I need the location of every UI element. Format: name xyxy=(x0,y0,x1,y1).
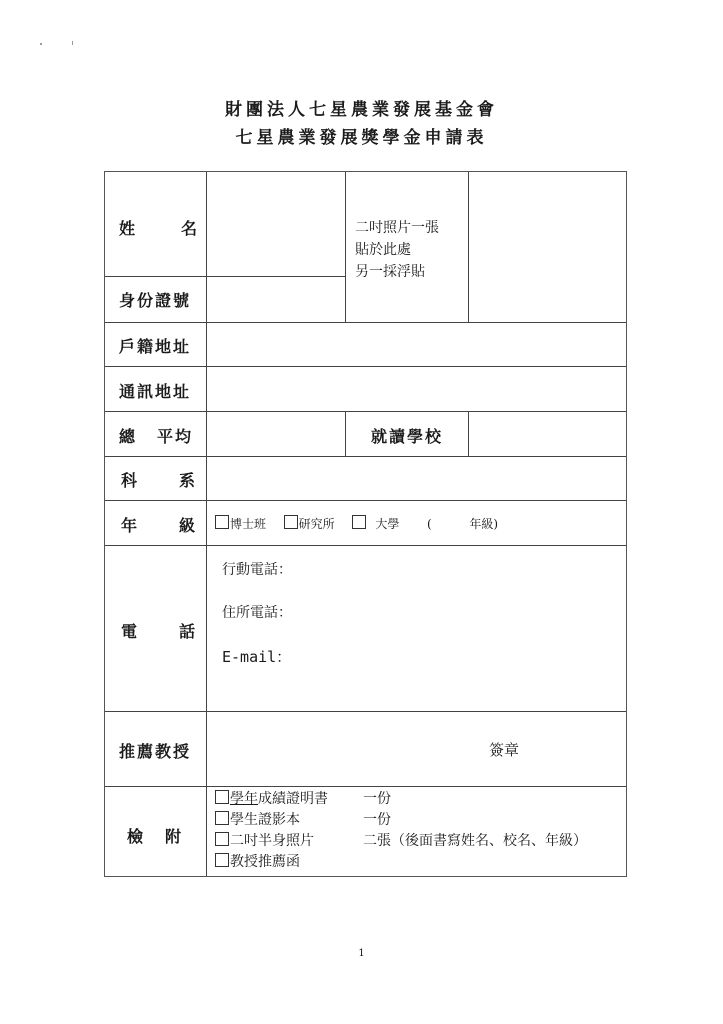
phone-label: 電 話 xyxy=(121,619,195,642)
id-number-field[interactable] xyxy=(208,278,344,321)
grade-label-char: 級 xyxy=(179,513,195,536)
grade-label: 年 級 xyxy=(121,513,195,536)
attachments-label-char: 檢 xyxy=(127,827,143,846)
row-divider xyxy=(105,456,626,457)
transcript-checkbox[interactable] xyxy=(215,790,229,804)
grade-options: 博士班 研究所 大學 ( 年級) xyxy=(215,515,498,532)
department-label-char: 科 xyxy=(121,468,137,491)
photo-instruction-line: 另一採浮貼 xyxy=(355,261,439,283)
professor-field[interactable] xyxy=(208,713,626,785)
phone-label-char: 話 xyxy=(179,619,195,642)
household-address-label: 戶籍地址 xyxy=(119,334,191,357)
signature-label: 簽章 xyxy=(489,739,519,760)
email-field[interactable] xyxy=(305,639,615,669)
mobile-phone-label: 行動電話： xyxy=(222,559,292,579)
school-field[interactable] xyxy=(470,413,625,455)
row-divider xyxy=(105,786,626,787)
name-label: 姓 名 xyxy=(119,216,197,239)
recommendation-checkbox[interactable] xyxy=(215,853,229,867)
photo-checkbox[interactable] xyxy=(215,832,229,846)
home-phone-field[interactable] xyxy=(305,595,615,625)
attachments-label-char: 附 xyxy=(165,827,181,846)
attachments-label: 檢附 xyxy=(127,824,181,847)
gpa-label-char: 總 xyxy=(119,427,135,446)
year-field[interactable] xyxy=(436,516,466,528)
phd-checkbox[interactable] xyxy=(215,515,229,529)
masters-option-label: 研究所 xyxy=(299,517,335,531)
department-field[interactable] xyxy=(208,458,626,499)
masters-checkbox[interactable] xyxy=(284,515,298,529)
attachment-list: 學年成績證明書 一份 學生證影本 一份 二吋半身照片 二張（後面書寫姓名、校名、… xyxy=(215,789,328,873)
grade-label-char: 年 xyxy=(121,513,137,536)
attachment-item: 學年成績證明書 一份 xyxy=(215,789,328,810)
gpa-label: 總平均 xyxy=(119,424,193,447)
attachment-qty: 一份 xyxy=(363,789,391,810)
column-divider xyxy=(206,172,207,876)
row-divider xyxy=(105,276,346,277)
attachment-underlined: 學年 xyxy=(230,791,258,807)
student-id-checkbox[interactable] xyxy=(215,811,229,825)
phone-label-char: 電 xyxy=(121,619,137,642)
mailing-address-field[interactable] xyxy=(208,368,626,410)
household-address-field[interactable] xyxy=(208,324,626,365)
attachment-item: 二吋半身照片 二張（後面書寫姓名、校名、年級） xyxy=(215,831,328,852)
name-label-char: 姓 xyxy=(119,216,135,239)
gpa-field[interactable] xyxy=(208,413,344,455)
scan-speck xyxy=(72,41,73,45)
photo-instruction-line: 二吋照片一張 xyxy=(355,217,439,239)
column-divider xyxy=(345,411,346,456)
attachment-item: 教授推薦函 xyxy=(215,852,328,873)
attachment-qty: 二張（後面書寫姓名、校名、年級） xyxy=(363,831,587,852)
attachment-qty: 一份 xyxy=(363,810,391,831)
home-phone-label: 住所電話： xyxy=(222,602,292,622)
attachment-item: 學生證影本 一份 xyxy=(215,810,328,831)
attachment-name: 二吋半身照片 xyxy=(230,833,314,849)
year-paren-close: 年級) xyxy=(469,517,498,531)
email-label: E-mail： xyxy=(222,646,291,667)
id-number-label: 身份證號 xyxy=(119,288,191,311)
page-number: 1 xyxy=(0,948,723,959)
row-divider xyxy=(105,366,626,367)
row-divider xyxy=(105,322,626,323)
department-label-char: 系 xyxy=(179,468,195,491)
column-divider xyxy=(345,172,346,322)
mailing-address-label: 通訊地址 xyxy=(119,379,191,402)
column-divider xyxy=(468,172,469,322)
phd-option-label: 博士班 xyxy=(230,517,266,531)
photo-box[interactable] xyxy=(470,174,625,321)
document-title: 財團法人七星農業發展基金會 xyxy=(0,95,723,120)
application-form-table: 姓 名 二吋照片一張 貼於此處 另一採浮貼 身份證號 戶籍地址 通訊地址 總平均… xyxy=(104,171,627,877)
undergrad-option-label: 大學 xyxy=(375,517,399,531)
attachment-name: 成績證明書 xyxy=(258,791,328,807)
gpa-label-char: 平均 xyxy=(157,427,193,446)
attachment-name: 教授推薦函 xyxy=(230,854,300,870)
department-label: 科 系 xyxy=(121,468,195,491)
undergrad-checkbox[interactable] xyxy=(352,515,366,529)
year-paren-open: ( xyxy=(427,517,432,531)
row-divider xyxy=(105,411,626,412)
column-divider xyxy=(468,411,469,456)
attachment-name: 學生證影本 xyxy=(230,812,300,828)
document-subtitle: 七星農業發展獎學金申請表 xyxy=(0,123,723,148)
row-divider xyxy=(105,500,626,501)
name-label-char: 名 xyxy=(181,216,197,239)
scan-speck xyxy=(40,43,42,45)
name-field[interactable] xyxy=(208,174,344,275)
photo-instructions: 二吋照片一張 貼於此處 另一採浮貼 xyxy=(355,217,439,283)
photo-instruction-line: 貼於此處 xyxy=(355,239,439,261)
row-divider xyxy=(105,711,626,712)
professor-label: 推薦教授 xyxy=(119,739,191,762)
mobile-phone-field[interactable] xyxy=(305,552,615,582)
row-divider xyxy=(105,545,626,546)
school-label: 就讀學校 xyxy=(371,424,443,447)
